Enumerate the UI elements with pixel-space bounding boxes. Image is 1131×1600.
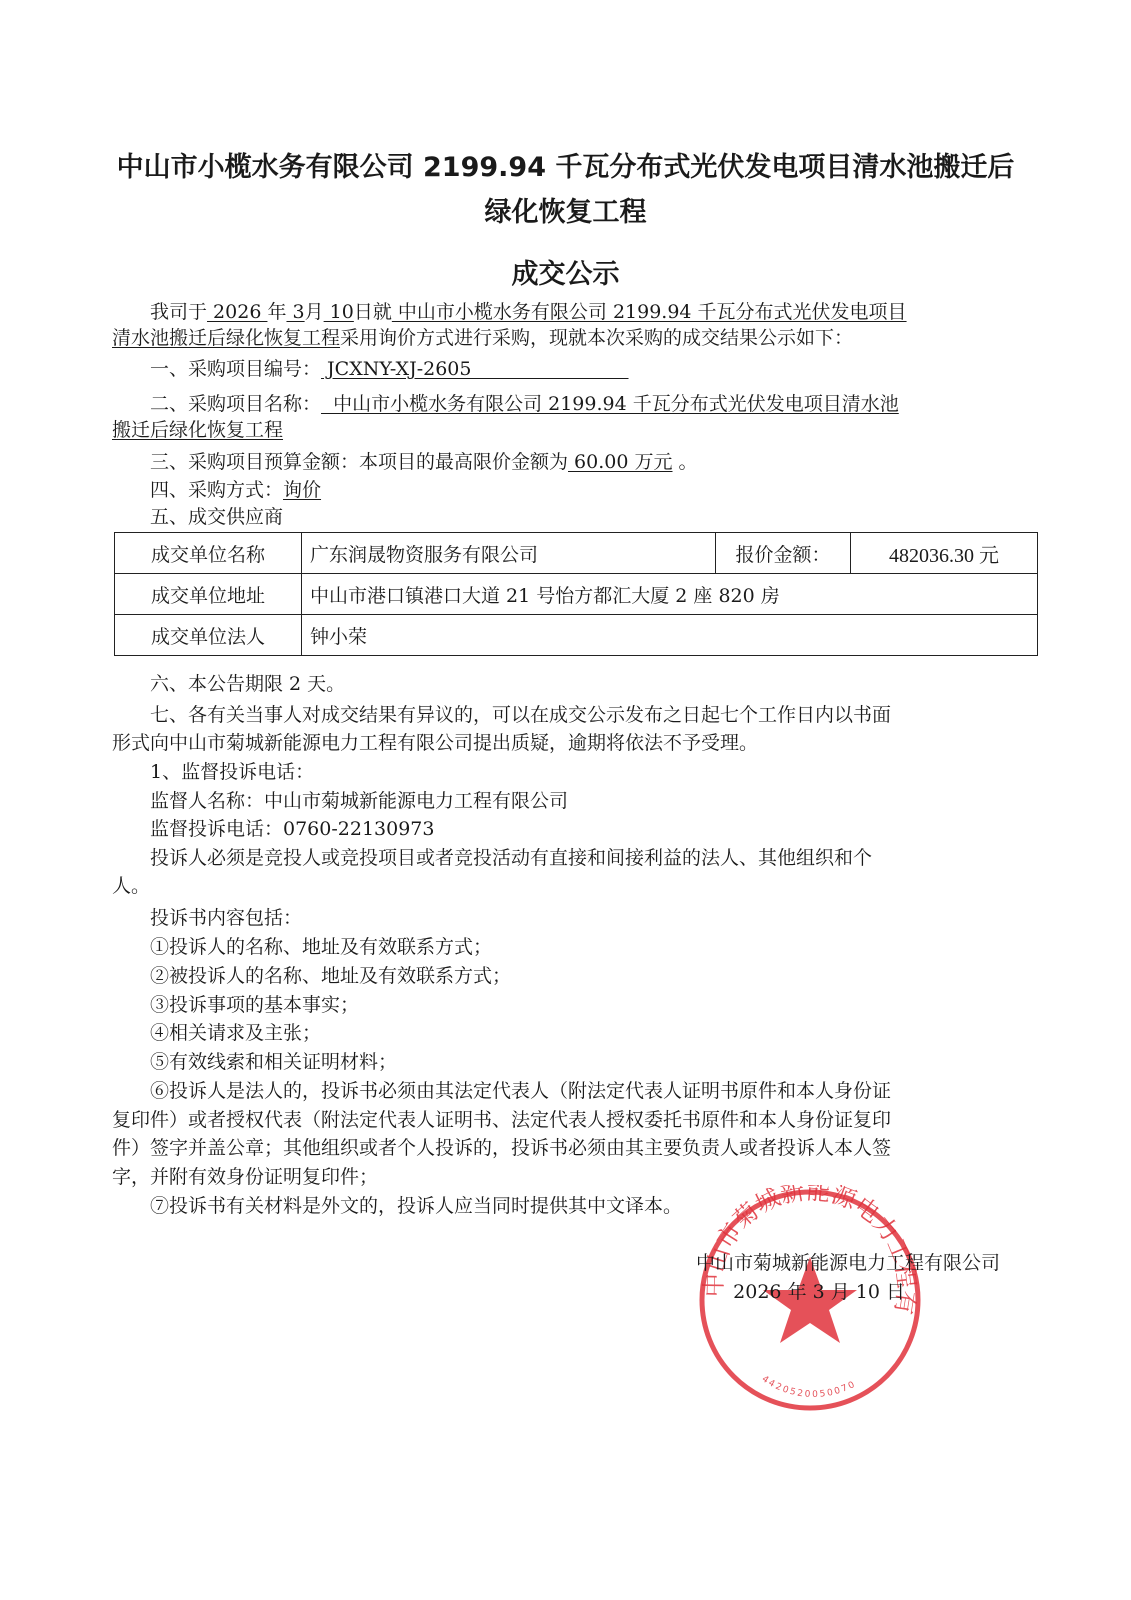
supervisor-phone: 监督投诉电话：0760-22130973 (112, 817, 1050, 841)
supplier-address-label: 成交单位地址 (115, 574, 302, 615)
complaint-item: ⑤有效线索和相关证明材料； (112, 1050, 1050, 1074)
document-title-line2: 绿化恢复工程 (0, 190, 1131, 229)
intro-line2: 清水池搬迁后绿化恢复工程采用询价方式进行采购，现就本次采购的成交结果公示如下： (112, 326, 1012, 350)
item-4: 四、采购方式：询价 (112, 478, 1050, 502)
item-2-label: 二、采购项目名称： (150, 393, 321, 415)
table-row: 成交单位名称 广东润晟物资服务有限公司 报价金额： 482036.30 元 (115, 533, 1038, 574)
complainant-line2: 人。 (112, 874, 1012, 898)
intro-year-suffix: 年 (267, 301, 286, 323)
supervision-heading: 1、监督投诉电话： (112, 760, 1050, 784)
price-label: 报价金额： (716, 533, 851, 574)
complaint-item-6-line3: 件）签字并盖公章；其他组织或者个人投诉的，投诉书必须由其主要负责人或者投诉人本人… (112, 1136, 1012, 1160)
item-2: 二、采购项目名称： 中山市小榄水务有限公司 2199.94 千瓦分布式光伏发电项… (112, 392, 1050, 416)
intro-year: 2026 (207, 301, 267, 323)
intro-month-suffix: 月 (305, 301, 324, 323)
project-name-cont: 搬迁后绿化恢复工程 (112, 419, 283, 441)
item-4-label: 四、采购方式： (150, 479, 283, 501)
supplier-table: 成交单位名称 广东润晟物资服务有限公司 报价金额： 482036.30 元 成交… (114, 532, 1038, 656)
document-subtitle: 成交公示 (0, 252, 1131, 291)
intro-prefix: 我司于 (150, 301, 207, 323)
supervisor-name: 监督人名称：中山市菊城新能源电力工程有限公司 (112, 789, 1050, 813)
procurement-method: 询价 (283, 479, 321, 501)
item-3-label: 三、采购项目预算金额：本项目的最高限价金额为 (150, 451, 568, 473)
signature-company: 中山市菊城新能源电力工程有限公司 (600, 1248, 1000, 1275)
project-name: 中山市小榄水务有限公司 2199.94 千瓦分布式光伏发电项目清水池 (321, 393, 899, 415)
complaint-item: ①投诉人的名称、地址及有效联系方式； (112, 935, 1050, 959)
item-3: 三、采购项目预算金额：本项目的最高限价金额为 60.00 万元 。 (112, 450, 1050, 474)
intro-day-suffix: 日就 (354, 301, 392, 323)
svg-text:4420520050070: 4420520050070 (760, 1374, 858, 1400)
table-row: 成交单位法人 钟小荣 (115, 615, 1038, 656)
intro-project-name-cont: 清水池搬迁后绿化恢复工程 (112, 327, 340, 349)
intro-month: 3 (286, 301, 304, 323)
complaint-item-6-line1: ⑥投诉人是法人的，投诉书必须由其法定代表人（附法定代表人证明书原件和本人身份证 (112, 1079, 1050, 1103)
price-value: 482036.30 元 (851, 533, 1038, 574)
item-7-line1: 七、各有关当事人对成交结果有异议的，可以在成交公示发布之日起七个工作日内以书面 (112, 703, 1050, 727)
intro-day: 10 (324, 301, 354, 323)
intro-project-name: 中山市小榄水务有限公司 2199.94 千瓦分布式光伏发电项目 (392, 301, 907, 323)
supplier-address-value: 中山市港口镇港口大道 21 号怡方都汇大厦 2 座 820 房 (302, 574, 1038, 615)
complaint-item: ④相关请求及主张； (112, 1021, 1050, 1045)
complaint-item-6-line2: 复印件）或者授权代表（附法定代表人证明书、法定代表人授权委托书原件和本人身份证复… (112, 1108, 1012, 1132)
complaint-item: ③投诉事项的基本事实； (112, 993, 1050, 1017)
item-1-label: 一、采购项目编号： (150, 358, 321, 380)
signature-date: 2026 年 3 月 10 日 (600, 1277, 905, 1304)
item-5: 五、成交供应商 (112, 505, 1050, 529)
table-row: 成交单位地址 中山市港口镇港口大道 21 号怡方都汇大厦 2 座 820 房 (115, 574, 1038, 615)
complainant-line1: 投诉人必须是竞投人或竞投项目或者竞投活动有直接和间接利益的法人、其他组织和个 (112, 846, 1050, 870)
intro-line1: 我司于 2026 年 3月 10日就 中山市小榄水务有限公司 2199.94 千… (112, 300, 1050, 324)
complaint-contents-heading: 投诉书内容包括： (112, 906, 1050, 930)
item-7-line2: 形式向中山市菊城新能源电力工程有限公司提出质疑，逾期将依法不予受理。 (112, 731, 1012, 755)
supplier-legal-label: 成交单位法人 (115, 615, 302, 656)
document-title-line1: 中山市小榄水务有限公司 2199.94 千瓦分布式光伏发电项目清水池搬迁后 (0, 145, 1131, 184)
complaint-item: ②被投诉人的名称、地址及有效联系方式； (112, 964, 1050, 988)
budget-amount: 60.00 万元 (568, 451, 672, 473)
intro-rest: 采用询价方式进行采购，现就本次采购的成交结果公示如下： (340, 327, 853, 349)
supplier-name-value: 广东润晟物资服务有限公司 (302, 533, 716, 574)
supplier-legal-value: 钟小荣 (302, 615, 1038, 656)
item-6: 六、本公告期限 2 天。 (112, 672, 1050, 696)
item-1: 一、采购项目编号： JCXNY-XJ-2605 (112, 357, 1050, 381)
item-2-cont: 搬迁后绿化恢复工程 (112, 418, 1012, 442)
project-number: JCXNY-XJ-2605 (321, 358, 629, 380)
supplier-name-label: 成交单位名称 (115, 533, 302, 574)
item-3-suffix: 。 (673, 451, 698, 473)
